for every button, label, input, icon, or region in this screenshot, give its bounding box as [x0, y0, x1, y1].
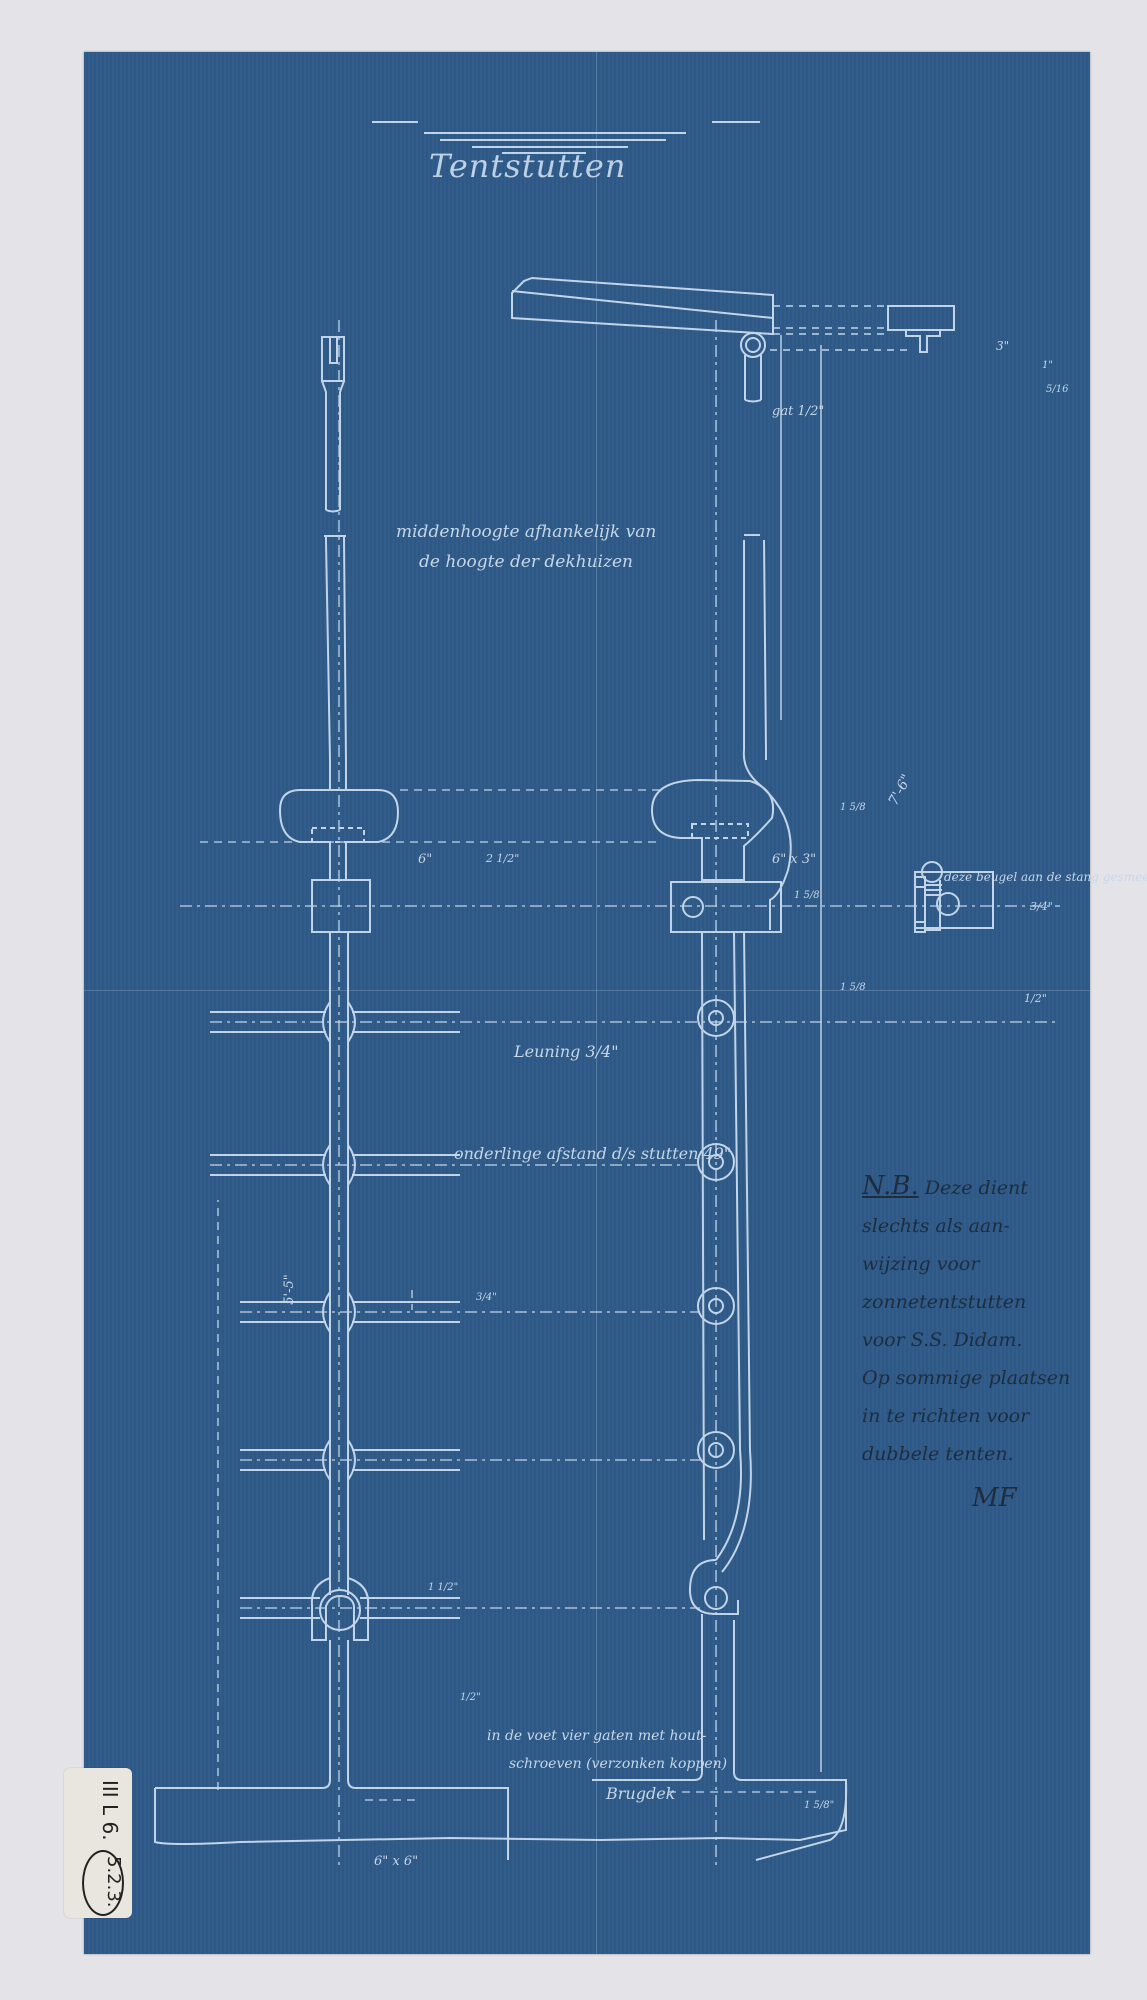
annotation-bracket-dim-1: 3/4"	[1030, 900, 1053, 913]
handwritten-note: N.B. Deze dient slechts als aan- wijzing…	[862, 1167, 1102, 1517]
drawing-title: Tentstutten	[429, 147, 626, 185]
note-line: dubbele tenten.	[862, 1435, 1102, 1473]
annotation-top-dim-1: 1"	[1042, 360, 1053, 371]
left-railing-rods	[210, 1012, 460, 1618]
annotation-bottom-dim: 1 1/2"	[428, 1582, 458, 1593]
note-line: wijzing voor	[862, 1245, 1102, 1283]
note-line: Deze dient	[925, 1177, 1028, 1199]
annotation-right-foot-dim: 1 5/8"	[804, 1800, 834, 1811]
bridge-deck-outline	[155, 1780, 846, 1844]
note-line: slechts als aan-	[862, 1207, 1102, 1245]
note-line: in te richten voor	[862, 1397, 1102, 1435]
annotation-knob-right: 6" x 3"	[772, 852, 816, 867]
note-line: Op sommige plaatsen	[862, 1359, 1102, 1397]
annotation-middle-height-2: de hoogte der dekhuizen	[419, 552, 633, 572]
archive-number: 5.2.3.	[103, 1856, 124, 1908]
annotation-top-width: 3"	[996, 339, 1009, 353]
annotation-spacing: onderlinge afstand d/s stutten 49"	[454, 1144, 731, 1163]
annotation-hole: gat 1/2"	[772, 404, 824, 419]
right-post	[512, 278, 954, 1860]
archive-label: III L 6. 5.2.3.	[64, 1768, 132, 1918]
annotation-collar-dim: 1 5/8	[840, 982, 866, 993]
technical-drawing	[84, 52, 1090, 1954]
annotation-foot-note-1: in de voet vier gaten met hout-	[487, 1728, 706, 1744]
annotation-bracket-dim-2: 1/2"	[1024, 992, 1047, 1005]
annotation-top-dim-2: 5/16	[1046, 384, 1068, 395]
annotation-knob-left-dim: 2 1/2"	[486, 852, 519, 865]
annotation-deck: Brugdek	[606, 1784, 675, 1803]
annotation-knob-left: 6"	[418, 852, 432, 867]
note-nb: N.B.	[862, 1171, 919, 1201]
annotation-left-height: 5'-5"	[282, 1274, 297, 1305]
annotation-railing: Leuning 3/4"	[514, 1042, 619, 1061]
note-initials: MF	[972, 1479, 1102, 1517]
annotation-foot-dim: 6" x 6"	[374, 1854, 418, 1869]
annotation-neck-dim: 1 5/8	[840, 802, 866, 813]
annotation-bottom-dim-2: 1/2"	[460, 1692, 481, 1703]
note-line: zonnetentstutten	[862, 1283, 1102, 1321]
archive-code: III L 6.	[98, 1780, 122, 1841]
annotation-middle-height-1: middenhoogte afhankelijk van	[396, 522, 656, 542]
annotation-bracket: deze beugel aan de stang gesmeed	[944, 870, 1147, 884]
annotation-ring-dim: 3/4"	[476, 1292, 497, 1303]
note-line: voor S.S. Didam.	[862, 1321, 1102, 1359]
annotation-foot-note-2: schroeven (verzonken koppen)	[509, 1756, 727, 1772]
blueprint-sheet: Tentstutten middenhoogte afhankelijk van…	[84, 52, 1090, 1954]
annotation-neck-dim-2: 1 5/8	[794, 890, 820, 901]
